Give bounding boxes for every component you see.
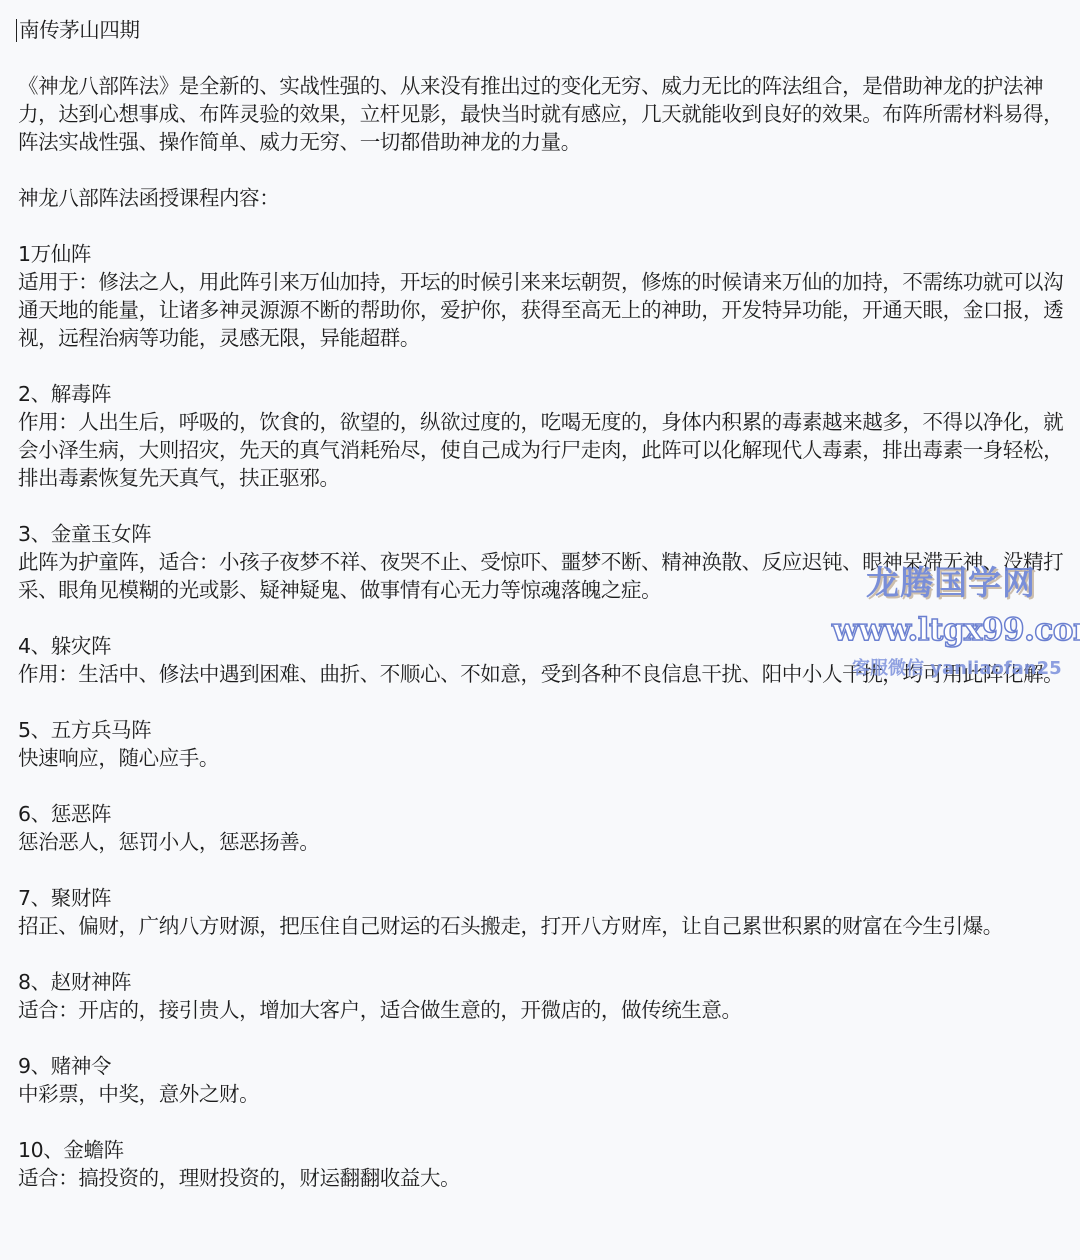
section-heading: 4、躲灾阵 bbox=[18, 632, 1068, 660]
title-text: 南传茅山四期 bbox=[19, 18, 140, 42]
section-1: 1万仙阵 适用于：修法之人，用此阵引来万仙加持，开坛的时候引来来坛朝贺，修炼的时… bbox=[18, 240, 1068, 352]
section-body: 适合：搞投资的，理财投资的，财运翻翻收益大。 bbox=[18, 1164, 1068, 1192]
document-title: 南传茅山四期 bbox=[18, 16, 1068, 44]
section-6: 6、惩恶阵 惩治恶人，惩罚小人，惩恶扬善。 bbox=[18, 800, 1068, 856]
section-body: 招正、偏财，广纳八方财源，把压住自己财运的石头搬走，打开八方财库，让自己累世积累… bbox=[18, 912, 1068, 940]
section-body: 中彩票，中奖，意外之财。 bbox=[18, 1080, 1068, 1108]
section-heading: 7、聚财阵 bbox=[18, 884, 1068, 912]
section-5: 5、五方兵马阵 快速响应，随心应手。 bbox=[18, 716, 1068, 772]
section-heading: 10、金蟾阵 bbox=[18, 1136, 1068, 1164]
section-body: 作用：生活中、修法中遇到困难、曲折、不顺心、不如意，受到各种不良信息干扰、阳中小… bbox=[18, 660, 1068, 688]
section-9: 9、赌神令 中彩票，中奖，意外之财。 bbox=[18, 1052, 1068, 1108]
section-3: 3、金童玉女阵 此阵为护童阵，适合：小孩子夜梦不祥、夜哭不止、受惊吓、噩梦不断、… bbox=[18, 520, 1068, 604]
section-heading: 3、金童玉女阵 bbox=[18, 520, 1068, 548]
document-body: 南传茅山四期 《神龙八部阵法》是全新的、实战性强的、从来没有推出过的变化无穷、威… bbox=[18, 16, 1068, 1192]
section-10: 10、金蟾阵 适合：搞投资的，理财投资的，财运翻翻收益大。 bbox=[18, 1136, 1068, 1192]
contents-heading: 神龙八部阵法函授课程内容： bbox=[18, 184, 1068, 212]
section-4: 4、躲灾阵 作用：生活中、修法中遇到困难、曲折、不顺心、不如意，受到各种不良信息… bbox=[18, 632, 1068, 688]
section-heading: 5、五方兵马阵 bbox=[18, 716, 1068, 744]
section-2: 2、解毒阵 作用：人出生后，呼吸的，饮食的，欲望的，纵欲过度的，吃喝无度的，身体… bbox=[18, 380, 1068, 492]
section-7: 7、聚财阵 招正、偏财，广纳八方财源，把压住自己财运的石头搬走，打开八方财库，让… bbox=[18, 884, 1068, 940]
section-body: 快速响应，随心应手。 bbox=[18, 744, 1068, 772]
section-heading: 6、惩恶阵 bbox=[18, 800, 1068, 828]
section-8: 8、赵财神阵 适合：开店的，接引贵人，增加大客户，适合做生意的，开微店的，做传统… bbox=[18, 968, 1068, 1024]
section-heading: 1万仙阵 bbox=[18, 240, 1068, 268]
section-body: 适用于：修法之人，用此阵引来万仙加持，开坛的时候引来来坛朝贺，修炼的时候请来万仙… bbox=[18, 268, 1068, 352]
section-heading: 9、赌神令 bbox=[18, 1052, 1068, 1080]
section-body: 惩治恶人，惩罚小人，惩恶扬善。 bbox=[18, 828, 1068, 856]
section-body: 此阵为护童阵，适合：小孩子夜梦不祥、夜哭不止、受惊吓、噩梦不断、精神涣散、反应迟… bbox=[18, 548, 1068, 604]
text-cursor bbox=[16, 19, 17, 42]
section-heading: 8、赵财神阵 bbox=[18, 968, 1068, 996]
section-body: 适合：开店的，接引贵人，增加大客户，适合做生意的，开微店的，做传统生意。 bbox=[18, 996, 1068, 1024]
section-body: 作用：人出生后，呼吸的，饮食的，欲望的，纵欲过度的，吃喝无度的，身体内积累的毒素… bbox=[18, 408, 1068, 492]
section-heading: 2、解毒阵 bbox=[18, 380, 1068, 408]
intro-paragraph: 《神龙八部阵法》是全新的、实战性强的、从来没有推出过的变化无穷、威力无比的阵法组… bbox=[18, 72, 1068, 156]
